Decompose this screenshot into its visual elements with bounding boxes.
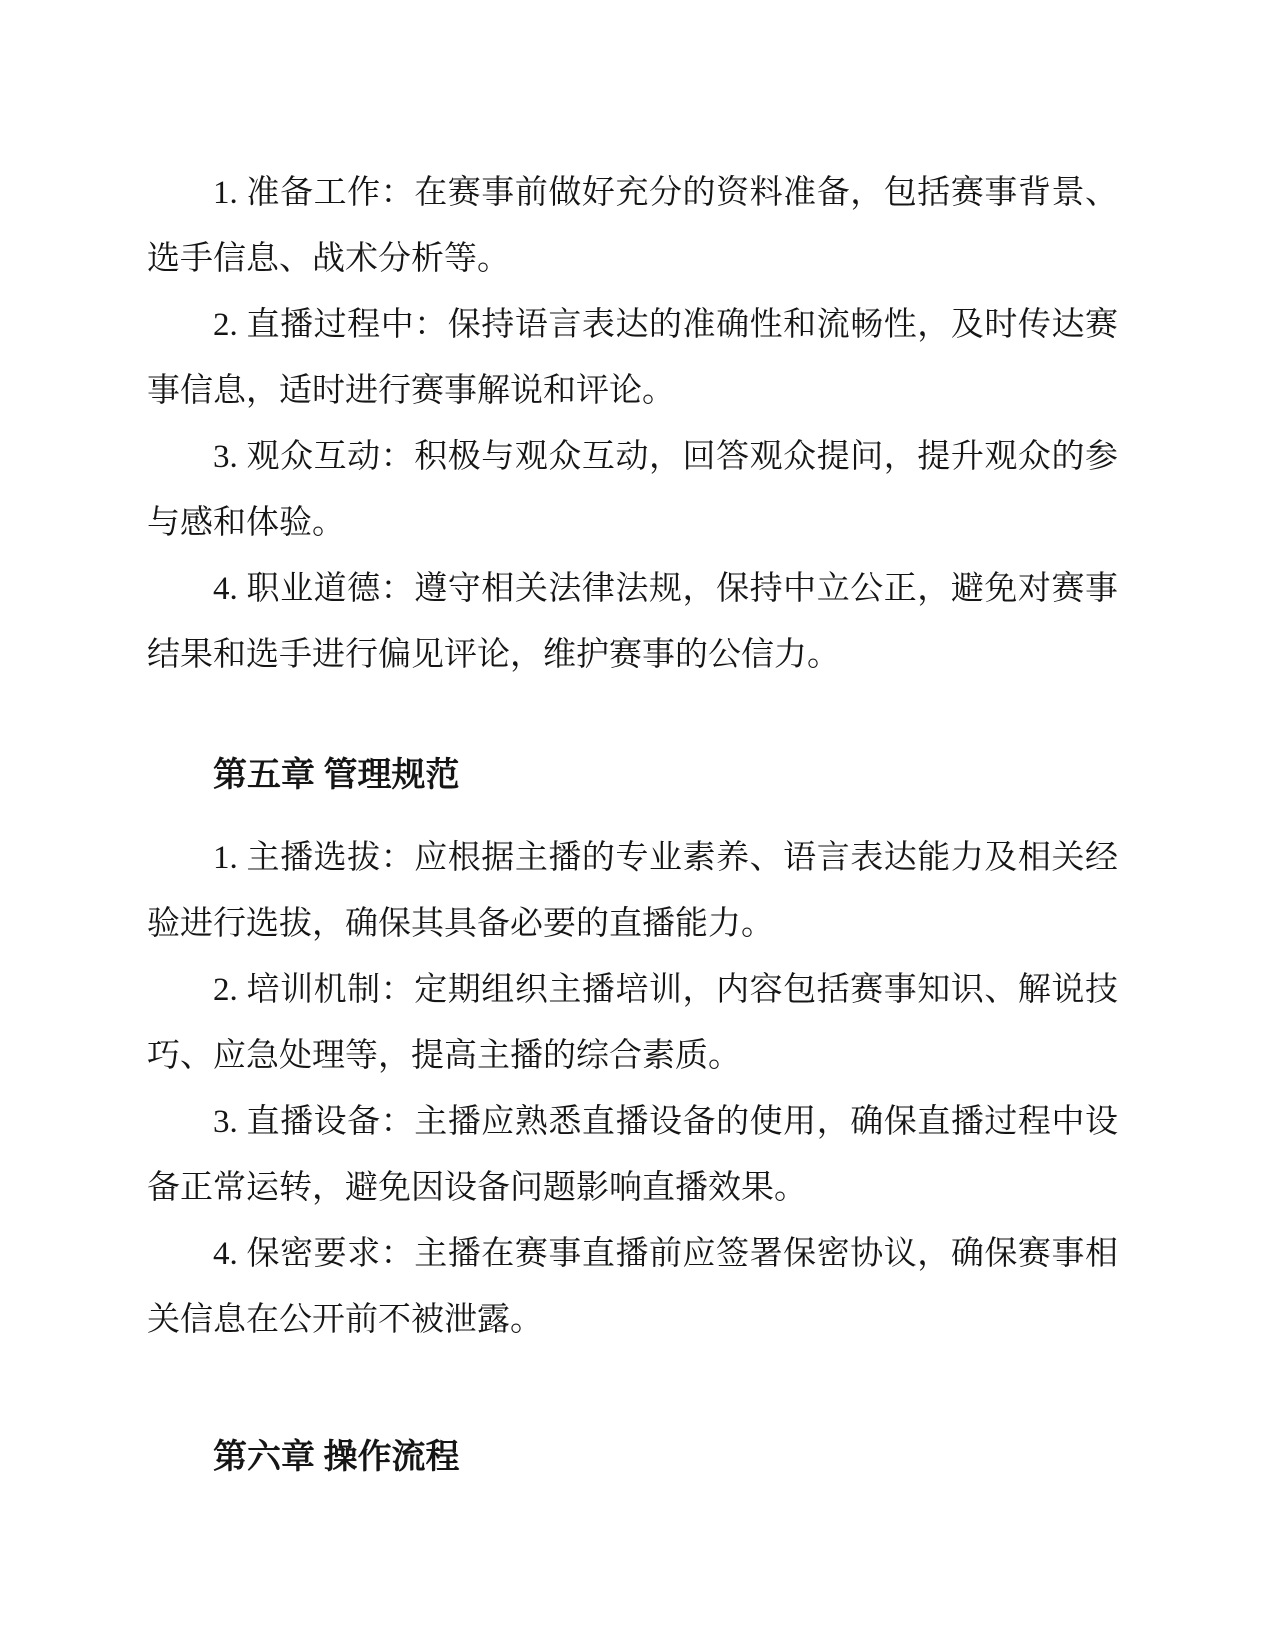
paragraph-host-selection: 1. 主播选拔：应根据主播的专业素养、语言表达能力及相关经验进行选拔，确保其具备…: [147, 825, 1118, 957]
paragraph-broadcast-equipment: 3. 直播设备：主播应熟悉直播设备的使用，确保直播过程中设备正常运转，避免因设备…: [147, 1089, 1118, 1221]
paragraph-professional-ethics: 4. 职业道德：遵守相关法律法规，保持中立公正，避免对赛事结果和选手进行偏见评论…: [147, 556, 1118, 688]
chapter-6-heading: 第六章 操作流程: [147, 1425, 1118, 1491]
paragraph-audience-interaction: 3. 观众互动：积极与观众互动，回答观众提问，提升观众的参与感和体验。: [147, 424, 1118, 556]
document-content: 1. 准备工作：在赛事前做好充分的资料准备，包括赛事背景、选手信息、战术分析等。…: [147, 160, 1118, 1491]
chapter-5-heading: 第五章 管理规范: [147, 743, 1118, 809]
paragraph-training-mechanism: 2. 培训机制：定期组织主播培训，内容包括赛事知识、解说技巧、应急处理等，提高主…: [147, 957, 1118, 1089]
paragraph-confidentiality: 4. 保密要求：主播在赛事直播前应签署保密协议，确保赛事相关信息在公开前不被泄露…: [147, 1221, 1118, 1353]
paragraph-preparation: 1. 准备工作：在赛事前做好充分的资料准备，包括赛事背景、选手信息、战术分析等。: [147, 160, 1118, 292]
document-page: 1. 准备工作：在赛事前做好充分的资料准备，包括赛事背景、选手信息、战术分析等。…: [0, 0, 1275, 1650]
paragraph-broadcast-process: 2. 直播过程中：保持语言表达的准确性和流畅性，及时传达赛事信息，适时进行赛事解…: [147, 292, 1118, 424]
